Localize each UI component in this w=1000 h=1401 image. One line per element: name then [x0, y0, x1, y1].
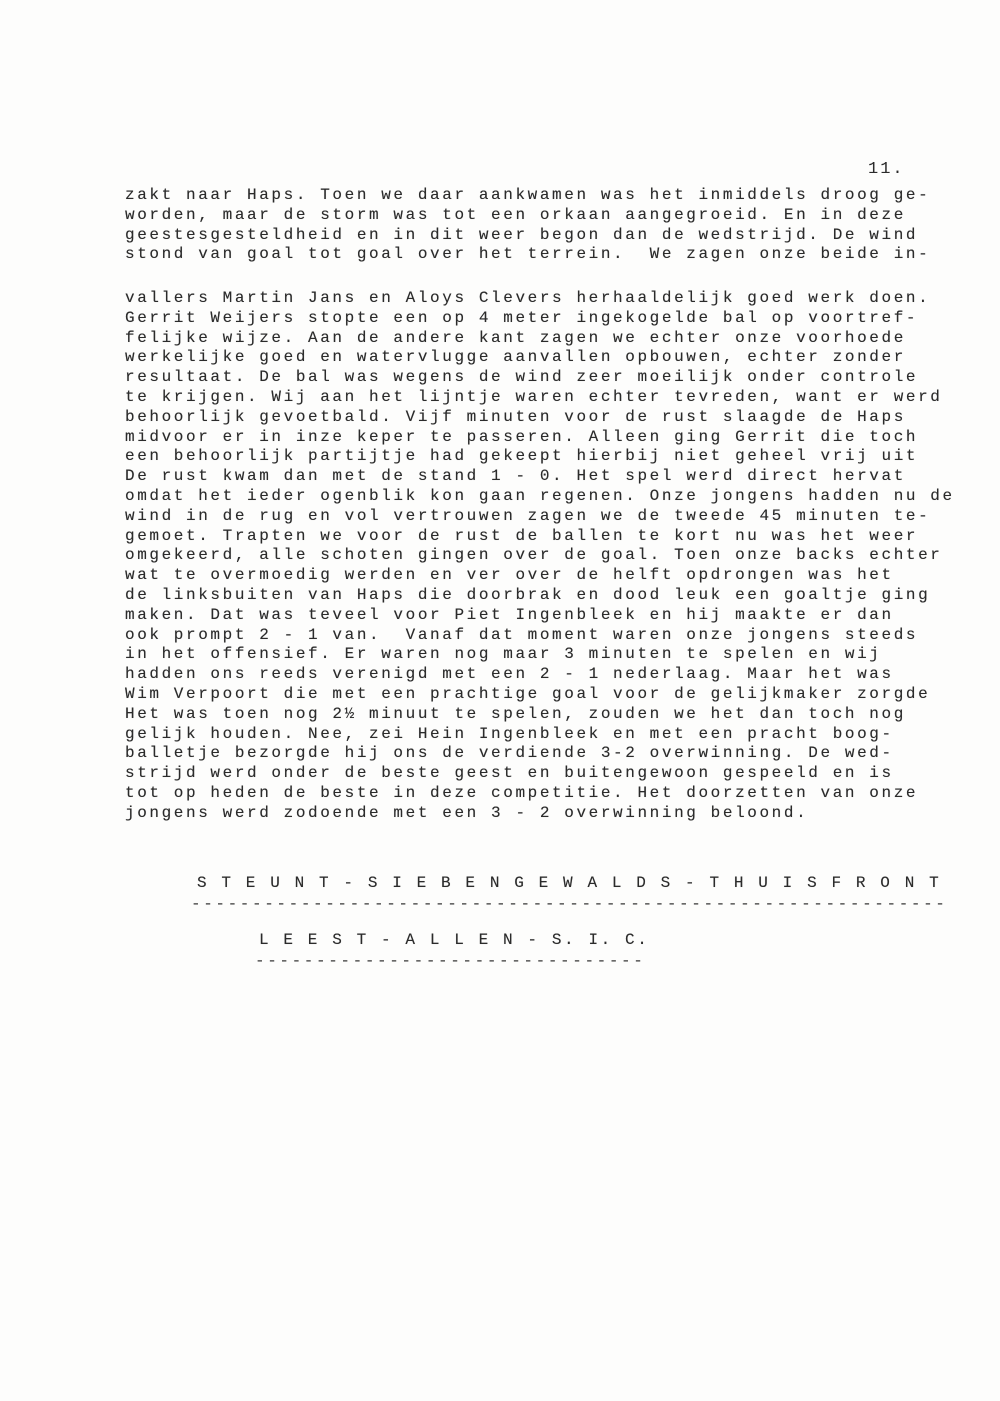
- slogan-leest-allen-sic: L E E S T - A L L E N - S. I. C.: [259, 931, 649, 949]
- slogan-steunt-siebengewalds-thuisfront: S T E U N T - S I E B E N G E W A L D S …: [197, 874, 941, 892]
- document-page: 11. zakt naar Haps. Toen we daar aankwam…: [0, 0, 1000, 1401]
- body-paragraph-1: zakt naar Haps. Toen we daar aankwamen w…: [125, 186, 985, 265]
- slogan-underline-1: ----------------------------------------…: [191, 895, 948, 913]
- page-number: 11.: [868, 160, 905, 179]
- slogan-underline-2: --------------------------------: [255, 952, 645, 970]
- body-paragraph-2: vallers Martin Jans en Aloys Clevers her…: [125, 289, 985, 824]
